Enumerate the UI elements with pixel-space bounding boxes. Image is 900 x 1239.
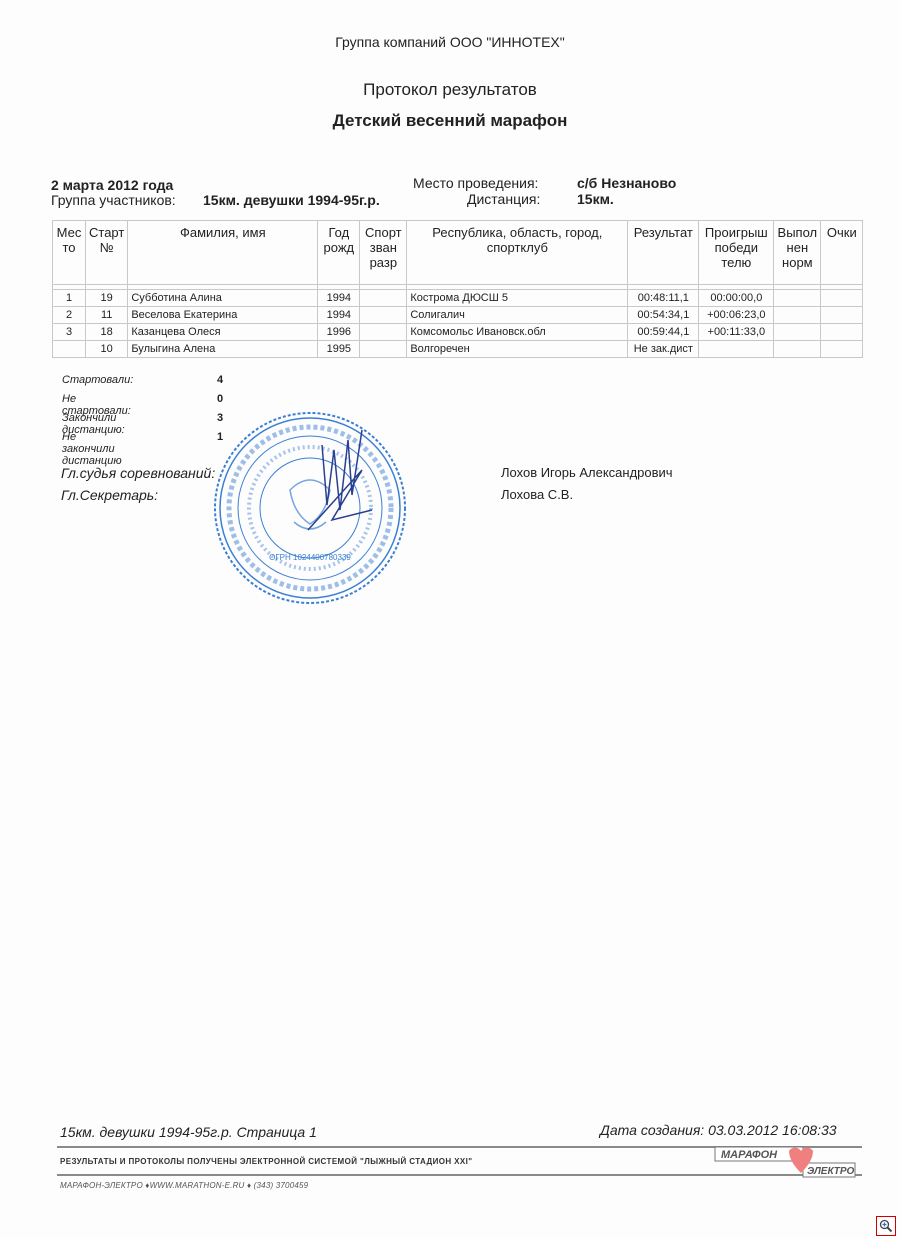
judge-name: Лохов Игорь Александрович: [501, 465, 673, 480]
svg-text:ОГРН 1024400780339: ОГРН 1024400780339: [269, 553, 351, 562]
magnifier-plus-icon: [879, 1219, 893, 1233]
stat-label: Не закончили дистанцию: [62, 431, 122, 467]
page-info: 15км. девушки 1994-95г.р. Страница 1: [60, 1124, 317, 1140]
cell-year: 1994: [318, 307, 360, 324]
cell-club: Комсомольс Ивановск.обл: [407, 324, 628, 341]
judge-label: Гл.судья соревнований:: [61, 465, 215, 481]
col-rank: Спорт зван разр: [360, 221, 407, 285]
creation-date: Дата создания: 03.03.2012 16:08:33: [600, 1122, 837, 1138]
col-place: Мес то: [53, 221, 86, 285]
stat-value: 0: [217, 393, 223, 405]
event-title: Детский весенний марафон: [0, 111, 900, 131]
svg-text:МАРАФОН: МАРАФОН: [721, 1149, 778, 1161]
cell-norm: [774, 341, 821, 358]
protocol-title: Протокол результатов: [0, 80, 900, 100]
cell-points: [821, 307, 863, 324]
cell-rank: [360, 290, 407, 307]
secretary-name: Лохова С.В.: [501, 487, 573, 502]
cell-gap: +00:11:33,0: [699, 324, 774, 341]
contact-line: МАРАФОН-ЭЛЕКТРО ♦WWW.MARATHON-E.RU ♦ (34…: [60, 1181, 308, 1190]
system-credit: РЕЗУЛЬТАТЫ И ПРОТОКОЛЫ ПОЛУЧЕНЫ ЭЛЕКТРОН…: [60, 1157, 472, 1166]
cell-gap: 00:00:00,0: [699, 290, 774, 307]
place-label: Место проведения:: [413, 175, 538, 191]
cell-norm: [774, 307, 821, 324]
cell-rank: [360, 324, 407, 341]
cell-name: Булыгина Алена: [128, 341, 318, 358]
table-row: 10Булыгина Алена1995ВолгореченНе зак.дис…: [53, 341, 863, 358]
zoom-button[interactable]: [876, 1216, 896, 1236]
col-year: Год рожд: [318, 221, 360, 285]
official-stamp-icon: ОГРН 1024400780339: [212, 410, 408, 606]
col-points: Очки: [821, 221, 863, 285]
col-norm: Выпол нен норм: [774, 221, 821, 285]
cell-gap: [699, 341, 774, 358]
stat-value: 4: [217, 374, 223, 386]
cell-norm: [774, 324, 821, 341]
company-name: Группа компаний ООО "ИННОТЕХ": [0, 34, 900, 50]
col-club: Республика, область, город, спортклуб: [407, 221, 628, 285]
cell-club: Волгоречен: [407, 341, 628, 358]
col-name: Фамилия, имя: [128, 221, 318, 285]
cell-place: [53, 341, 86, 358]
group-label: Группа участников:: [51, 192, 176, 208]
cell-result: 00:48:11,1: [628, 290, 699, 307]
table-row: 211Веселова Екатерина1994Солигалич00:54:…: [53, 307, 863, 324]
marathon-electro-logo-icon: МАРАФОН ЭЛЕКТРО: [713, 1143, 861, 1183]
cell-year: 1994: [318, 290, 360, 307]
cell-start: 18: [86, 324, 128, 341]
cell-name: Субботина Алина: [128, 290, 318, 307]
cell-year: 1995: [318, 341, 360, 358]
cell-club: Кострома ДЮСШ 5: [407, 290, 628, 307]
svg-text:ЭЛЕКТРО: ЭЛЕКТРО: [807, 1166, 855, 1177]
cell-result: 00:59:44,1: [628, 324, 699, 341]
cell-rank: [360, 307, 407, 324]
cell-result: Не зак.дист: [628, 341, 699, 358]
cell-name: Казанцева Олеся: [128, 324, 318, 341]
table-header-row: Мес то Старт № Фамилия, имя Год рожд Спо…: [53, 221, 863, 285]
group-value: 15км. девушки 1994-95г.р.: [203, 192, 380, 208]
col-start: Старт №: [86, 221, 128, 285]
cell-name: Веселова Екатерина: [128, 307, 318, 324]
secretary-label: Гл.Секретарь:: [61, 487, 158, 503]
cell-place: 2: [53, 307, 86, 324]
table-row: 318Казанцева Олеся1996Комсомольс Ивановс…: [53, 324, 863, 341]
cell-start: 11: [86, 307, 128, 324]
table-row: 119Субботина Алина1994Кострома ДЮСШ 500:…: [53, 290, 863, 307]
event-date: 2 марта 2012 года: [51, 177, 173, 193]
cell-points: [821, 341, 863, 358]
cell-result: 00:54:34,1: [628, 307, 699, 324]
cell-points: [821, 324, 863, 341]
stat-label: Стартовали:: [62, 374, 133, 386]
distance-label: Дистанция:: [467, 191, 540, 207]
cell-place: 1: [53, 290, 86, 307]
place-value: с/б Незнаново: [577, 175, 676, 191]
cell-year: 1996: [318, 324, 360, 341]
cell-club: Солигалич: [407, 307, 628, 324]
cell-place: 3: [53, 324, 86, 341]
cell-norm: [774, 290, 821, 307]
cell-rank: [360, 341, 407, 358]
results-table: Мес то Старт № Фамилия, имя Год рожд Спо…: [52, 220, 863, 358]
distance-value: 15км.: [577, 191, 614, 207]
col-result: Результат: [628, 221, 699, 285]
cell-gap: +00:06:23,0: [699, 307, 774, 324]
cell-start: 10: [86, 341, 128, 358]
col-gap: Проигрыш победи телю: [699, 221, 774, 285]
cell-points: [821, 290, 863, 307]
cell-start: 19: [86, 290, 128, 307]
